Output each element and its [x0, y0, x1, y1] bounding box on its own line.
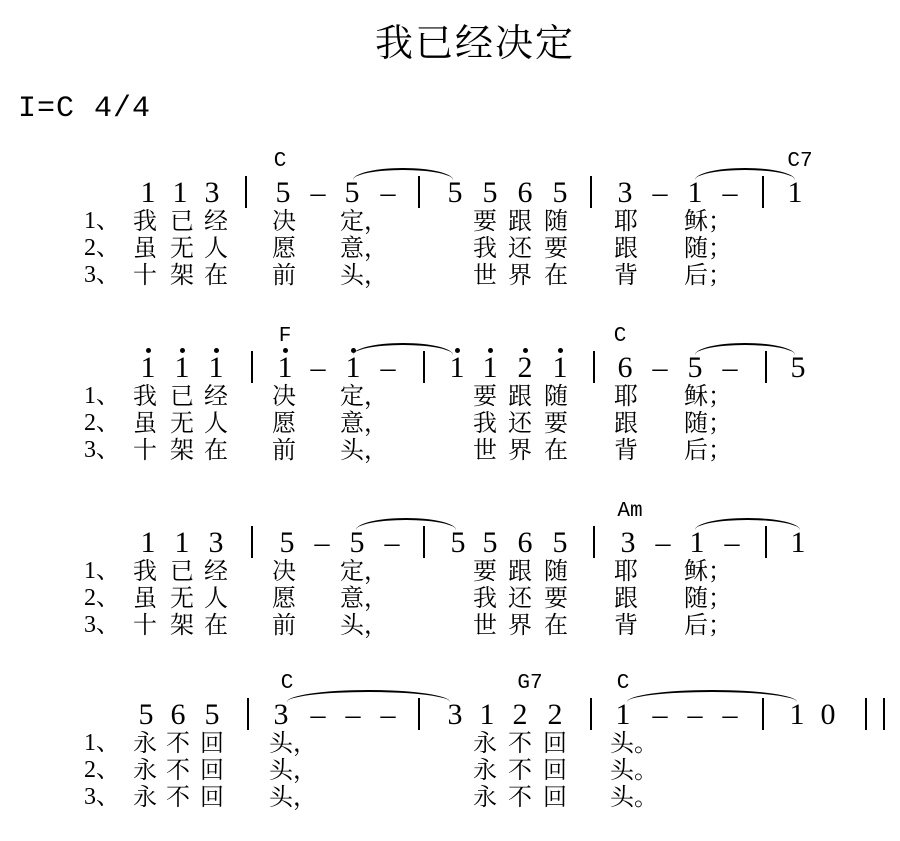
lyric-syllable: 头。	[610, 784, 658, 810]
lyric-syllable: 我	[473, 235, 497, 261]
lyric-syllable: 回	[200, 784, 224, 810]
lyric-syllable: 永	[133, 784, 157, 810]
verse-number: 1、	[84, 208, 120, 234]
tie-slur	[695, 518, 800, 530]
lyric-syllable: 十	[133, 612, 157, 638]
dash-extension: –	[381, 178, 396, 208]
lyric-syllable: 已	[170, 208, 194, 234]
high-octave-dot	[180, 348, 185, 353]
lyric-syllable: 不	[166, 784, 190, 810]
lyric-syllable: 不	[508, 784, 532, 810]
tie-slur	[353, 168, 453, 180]
note: 2	[548, 700, 563, 730]
lyric-syllable: 要	[544, 410, 568, 436]
bar-line	[883, 698, 885, 730]
dash-extension: –	[656, 528, 671, 558]
lyric-syllable: 在	[544, 612, 568, 638]
lyric-syllable: 前	[272, 262, 296, 288]
lyric-syllable: 还	[508, 235, 532, 261]
note: 5	[139, 700, 154, 730]
lyric-syllable: 经	[204, 208, 228, 234]
bar-line	[865, 698, 867, 730]
lyric-syllable: 无	[170, 585, 194, 611]
lyric-syllable: 头，	[340, 437, 388, 463]
dash-extension: –	[381, 700, 396, 730]
tie-slur	[695, 168, 795, 180]
lyric-syllable: 头，	[269, 730, 317, 756]
lyric-syllable: 架	[170, 262, 194, 288]
dash-extension: –	[385, 528, 400, 558]
lyric-syllable: 永	[473, 784, 497, 810]
lyric-syllable: 跟	[614, 235, 638, 261]
verse-number: 2、	[84, 410, 120, 436]
lyric-syllable: 无	[170, 410, 194, 436]
lyric-syllable: 跟	[508, 558, 532, 584]
lyric-syllable: 随；	[684, 585, 732, 611]
high-octave-dot	[351, 348, 356, 353]
note: 1	[175, 528, 190, 558]
note: 3	[274, 700, 289, 730]
note: 1	[616, 700, 631, 730]
lyric-syllable: 前	[272, 437, 296, 463]
lyric-syllable: 我	[133, 208, 157, 234]
lyric-syllable: 不	[166, 757, 190, 783]
lyric-syllable: 后；	[684, 262, 732, 288]
lyric-syllable: 架	[170, 612, 194, 638]
lyric-syllable: 在	[204, 437, 228, 463]
lyric-syllable: 架	[170, 437, 194, 463]
tie-slur	[695, 343, 795, 355]
bar-line	[251, 526, 253, 558]
lyric-syllable: 意，	[340, 410, 388, 436]
verse-number: 3、	[84, 262, 120, 288]
lyric-syllable: 经	[204, 383, 228, 409]
bar-line	[423, 351, 425, 383]
note: 5	[688, 353, 703, 383]
verse-number: 3、	[84, 612, 120, 638]
lyric-syllable: 稣；	[684, 383, 732, 409]
lyric-syllable: 耶	[614, 383, 638, 409]
note: 1	[553, 353, 568, 383]
lyric-syllable: 无	[170, 235, 194, 261]
lyric-syllable: 永	[133, 730, 157, 756]
bar-line	[251, 351, 253, 383]
bar-line	[245, 176, 247, 208]
lyric-syllable: 在	[204, 612, 228, 638]
note: 5	[276, 178, 291, 208]
lyric-syllable: 十	[133, 437, 157, 463]
high-octave-dot	[214, 348, 219, 353]
bar-line	[762, 698, 764, 730]
note: 1	[788, 178, 803, 208]
note: 6	[618, 353, 633, 383]
lyric-syllable: 前	[272, 612, 296, 638]
bar-line	[590, 698, 592, 730]
lyric-syllable: 回	[200, 757, 224, 783]
lyric-syllable: 人	[204, 585, 228, 611]
verse-number: 1、	[84, 383, 120, 409]
lyric-syllable: 我	[133, 383, 157, 409]
note: 3	[448, 700, 463, 730]
note: 3	[205, 178, 220, 208]
note: 1	[346, 353, 361, 383]
bar-line	[765, 351, 767, 383]
bar-line	[765, 526, 767, 558]
note: 0	[821, 700, 836, 730]
lyric-syllable: 我	[473, 585, 497, 611]
lyric-syllable: 界	[508, 437, 532, 463]
note: 1	[450, 353, 465, 383]
lyric-syllable: 意，	[340, 235, 388, 261]
lyric-syllable: 头，	[340, 612, 388, 638]
note: 5	[791, 353, 806, 383]
chord-symbol: C	[617, 672, 630, 695]
lyric-syllable: 稣；	[684, 208, 732, 234]
lyric-syllable: 在	[544, 262, 568, 288]
bar-line	[418, 176, 420, 208]
lyric-syllable: 头，	[340, 262, 388, 288]
lyric-syllable: 经	[204, 558, 228, 584]
lyric-syllable: 世	[473, 437, 497, 463]
note: 1	[278, 353, 293, 383]
note: 6	[171, 700, 186, 730]
note: 2	[518, 353, 533, 383]
bar-line	[762, 176, 764, 208]
chord-symbol: C	[614, 325, 627, 348]
lyric-syllable: 在	[204, 262, 228, 288]
dash-extension: –	[381, 353, 396, 383]
lyric-syllable: 我	[473, 410, 497, 436]
note: 1	[173, 178, 188, 208]
lyric-syllable: 随	[544, 208, 568, 234]
tie-slur	[353, 343, 453, 355]
lyric-syllable: 随	[544, 383, 568, 409]
lyric-syllable: 还	[508, 585, 532, 611]
lyric-syllable: 在	[544, 437, 568, 463]
lyric-syllable: 回	[543, 730, 567, 756]
note: 5	[483, 178, 498, 208]
dash-extension: –	[653, 353, 668, 383]
dash-extension: –	[311, 178, 326, 208]
lyric-syllable: 人	[204, 410, 228, 436]
lyric-syllable: 永	[473, 757, 497, 783]
lyric-syllable: 我	[133, 558, 157, 584]
lyric-syllable: 不	[508, 757, 532, 783]
chord-symbol: C	[274, 150, 287, 173]
score-system-4: CG7C5653–––31221–––101、永不回头，永不回头。2、永不回头，…	[0, 672, 900, 841]
bar-line	[593, 351, 595, 383]
score-system-2: FC1111–1–11216–5–51、我已经决定，要跟随耶稣；2、虽无人愿意，…	[0, 325, 900, 500]
lyric-syllable: 决	[272, 558, 296, 584]
lyric-syllable: 永	[473, 730, 497, 756]
note: 5	[451, 528, 466, 558]
verse-number: 1、	[84, 558, 120, 584]
lyric-syllable: 头，	[269, 784, 317, 810]
note: 5	[345, 178, 360, 208]
lyric-syllable: 要	[544, 235, 568, 261]
note: 1	[209, 353, 224, 383]
lyric-syllable: 后；	[684, 437, 732, 463]
score-system-1: CC71135–5–55653–1–11、我已经决定，要跟随耶稣；2、虽无人愿意…	[0, 150, 900, 325]
note: 1	[688, 178, 703, 208]
note: 1	[175, 353, 190, 383]
chord-symbol: F	[279, 325, 292, 348]
lyric-syllable: 还	[508, 410, 532, 436]
note: 5	[448, 178, 463, 208]
lyric-syllable: 耶	[614, 208, 638, 234]
lyric-syllable: 回	[200, 730, 224, 756]
high-octave-dot	[146, 348, 151, 353]
lyric-syllable: 头。	[610, 757, 658, 783]
high-octave-dot	[488, 348, 493, 353]
dash-extension: –	[725, 528, 740, 558]
lyric-syllable: 要	[473, 558, 497, 584]
chord-symbol: C7	[787, 150, 812, 173]
lyric-syllable: 十	[133, 262, 157, 288]
note: 3	[621, 528, 636, 558]
dash-extension: –	[723, 178, 738, 208]
lyric-syllable: 头，	[269, 757, 317, 783]
dash-extension: –	[311, 353, 326, 383]
lyric-syllable: 虽	[133, 585, 157, 611]
lyric-syllable: 不	[508, 730, 532, 756]
note: 1	[791, 528, 806, 558]
score-system-3: Am1135–5–55653–1–11、我已经决定，要跟随耶稣；2、虽无人愿意，…	[0, 500, 900, 675]
note: 5	[483, 528, 498, 558]
lyric-syllable: 决	[272, 208, 296, 234]
note: 3	[618, 178, 633, 208]
lyric-syllable: 跟	[614, 585, 638, 611]
chord-symbol: C	[281, 672, 294, 695]
dash-extension: –	[653, 700, 668, 730]
chord-symbol: Am	[617, 500, 642, 523]
bar-line	[590, 176, 592, 208]
lyric-syllable: 背	[614, 262, 638, 288]
note: 1	[141, 353, 156, 383]
lyric-syllable: 跟	[508, 383, 532, 409]
note: 1	[790, 700, 805, 730]
dash-extension: –	[653, 178, 668, 208]
dash-extension: –	[723, 700, 738, 730]
lyric-syllable: 要	[473, 208, 497, 234]
chord-symbol: G7	[517, 672, 542, 695]
dash-extension: –	[315, 528, 330, 558]
note: 5	[553, 178, 568, 208]
lyric-syllable: 跟	[614, 410, 638, 436]
bar-line	[423, 526, 425, 558]
key-signature: I=C 4/4	[18, 92, 151, 126]
lyric-syllable: 决	[272, 383, 296, 409]
lyric-syllable: 世	[473, 262, 497, 288]
lyric-syllable: 虽	[133, 235, 157, 261]
lyric-syllable: 随；	[684, 235, 732, 261]
note: 5	[205, 700, 220, 730]
lyric-syllable: 要	[544, 585, 568, 611]
lyric-syllable: 永	[133, 757, 157, 783]
lyric-syllable: 后；	[684, 612, 732, 638]
note: 5	[350, 528, 365, 558]
lyric-syllable: 定，	[340, 558, 388, 584]
bar-line	[593, 526, 595, 558]
verse-number: 2、	[84, 757, 120, 783]
lyric-syllable: 随；	[684, 410, 732, 436]
lyric-syllable: 不	[166, 730, 190, 756]
lyric-syllable: 定，	[340, 383, 388, 409]
lyric-syllable: 耶	[614, 558, 638, 584]
lyric-syllable: 已	[170, 383, 194, 409]
verse-number: 1、	[84, 730, 120, 756]
lyric-syllable: 意，	[340, 585, 388, 611]
lyric-syllable: 界	[508, 612, 532, 638]
note: 1	[141, 528, 156, 558]
lyric-syllable: 世	[473, 612, 497, 638]
note: 2	[513, 700, 528, 730]
lyric-syllable: 背	[614, 612, 638, 638]
lyric-syllable: 愿	[272, 410, 296, 436]
lyric-syllable: 界	[508, 262, 532, 288]
high-octave-dot	[283, 348, 288, 353]
verse-number: 3、	[84, 437, 120, 463]
lyric-syllable: 虽	[133, 410, 157, 436]
lyric-syllable: 跟	[508, 208, 532, 234]
high-octave-dot	[558, 348, 563, 353]
note: 6	[518, 178, 533, 208]
dash-extension: –	[311, 700, 326, 730]
lyric-syllable: 人	[204, 235, 228, 261]
note: 5	[553, 528, 568, 558]
lyric-syllable: 要	[473, 383, 497, 409]
note: 1	[141, 178, 156, 208]
dash-extension: –	[723, 353, 738, 383]
lyric-syllable: 背	[614, 437, 638, 463]
note: 1	[480, 700, 495, 730]
verse-number: 2、	[84, 235, 120, 261]
dash-extension: –	[346, 700, 361, 730]
song-title: 我已经决定	[0, 12, 900, 67]
bar-line	[418, 698, 420, 730]
note: 3	[209, 528, 224, 558]
lyric-syllable: 回	[543, 784, 567, 810]
lyric-syllable: 愿	[272, 585, 296, 611]
tie-slur	[356, 518, 456, 530]
note: 1	[690, 528, 705, 558]
lyric-syllable: 稣；	[684, 558, 732, 584]
note: 5	[280, 528, 295, 558]
lyric-syllable: 已	[170, 558, 194, 584]
dash-extension: –	[688, 700, 703, 730]
high-octave-dot	[523, 348, 528, 353]
lyric-syllable: 愿	[272, 235, 296, 261]
high-octave-dot	[455, 348, 460, 353]
verse-number: 2、	[84, 585, 120, 611]
lyric-syllable: 头。	[610, 730, 658, 756]
note: 1	[483, 353, 498, 383]
verse-number: 3、	[84, 784, 120, 810]
lyric-syllable: 定，	[340, 208, 388, 234]
lyric-syllable: 回	[543, 757, 567, 783]
bar-line	[247, 698, 249, 730]
lyric-syllable: 随	[544, 558, 568, 584]
note: 6	[518, 528, 533, 558]
